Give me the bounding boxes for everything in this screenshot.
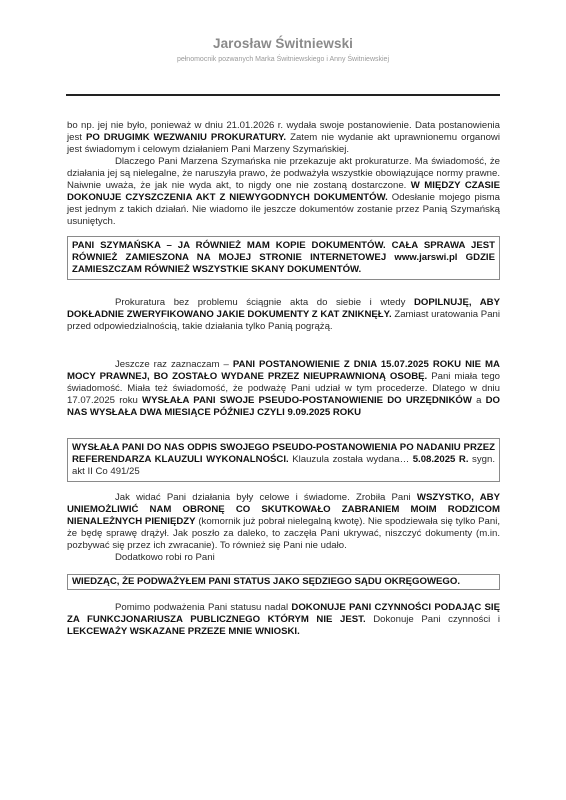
- bold-text: PANI SZYMAŃSKA – JA RÓWNIEŻ MAM KOPIE DO…: [72, 240, 495, 275]
- paragraph-5b: Dodatkowo robi ro Pani: [67, 552, 500, 564]
- text: Klauzula została wydana…: [289, 454, 413, 465]
- bold-text: WYSŁAŁA PANI SWOJE PSEUDO-POSTANOWIENIE …: [142, 395, 472, 406]
- paragraph-4: Jeszcze raz zaznaczam – PANI POSTANOWIEN…: [67, 359, 500, 419]
- paragraph-2: Dlaczego Pani Marzena Szymańska nie prze…: [67, 156, 500, 228]
- bold-text: LEKCEWAŻY WSKAZANE PRZEZE MNIE WNIOSKI.: [67, 626, 300, 637]
- bold-text: 5.08.2025 R.: [413, 454, 469, 465]
- text: Pomimo podważenia Pani statusu nadal: [115, 602, 291, 613]
- paragraph-6: Pomimo podważenia Pani statusu nadal DOK…: [67, 602, 500, 638]
- highlight-box-2: WYSŁAŁA PANI DO NAS ODPIS SWOJEGO PSEUDO…: [67, 438, 500, 482]
- paragraph-1: bo np. jej nie było, ponieważ w dniu 21.…: [67, 120, 500, 156]
- text: Jeszcze raz zaznaczam –: [115, 359, 233, 370]
- text: a: [472, 395, 486, 406]
- text: Dodatkowo robi ro Pani: [115, 552, 215, 563]
- author-name: Jarosław Świtniewski: [0, 36, 566, 51]
- header-divider: [66, 94, 500, 96]
- bold-text: PO DRUGIMK WEZWANIU PROKURATURY.: [86, 132, 286, 143]
- text: Prokuratura bez problemu ściągnie akta d…: [115, 297, 414, 308]
- paragraph-3: Prokuratura bez problemu ściągnie akta d…: [67, 297, 500, 333]
- paragraph-5: Jak widać Pani działania były celowe i ś…: [67, 492, 500, 552]
- author-subtitle: pełnomocnik pozwanych Marka Świtniewskie…: [0, 56, 566, 63]
- bold-text: WIEDZĄC, ŻE PODWAŻYŁEM PANI STATUS JAKO …: [72, 576, 460, 587]
- highlight-box-1: PANI SZYMAŃSKA – JA RÓWNIEŻ MAM KOPIE DO…: [67, 236, 500, 280]
- document-body: bo np. jej nie było, ponieważ w dniu 21.…: [67, 120, 500, 638]
- text: Dokonuje Pani czynności i: [366, 614, 500, 625]
- highlight-box-3: WIEDZĄC, ŻE PODWAŻYŁEM PANI STATUS JAKO …: [67, 574, 500, 590]
- text: Jak widać Pani działania były celowe i ś…: [115, 492, 417, 503]
